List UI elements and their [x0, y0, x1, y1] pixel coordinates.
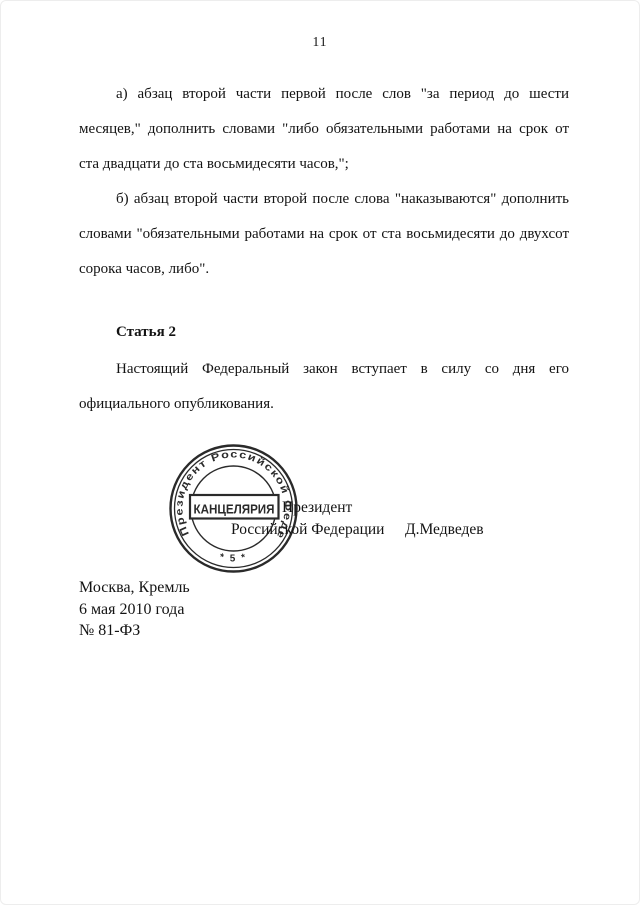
article-2-heading: Статья 2 [79, 315, 569, 350]
paragraph-b-line: словами "обязательными работами на срок … [79, 217, 569, 252]
signatory-name: Д.Медведев [405, 521, 484, 539]
paragraph-article-2-line: Настоящий Федеральный закон вступает в с… [79, 352, 569, 387]
paragraph-a-line: месяцев," дополнить словами "либо обязат… [79, 112, 569, 147]
paragraph-a-line: а) абзац второй части первой после слов … [79, 77, 569, 112]
chancellery-stamp-icon: Президент Российской Федерации * 5 * КАН… [163, 438, 304, 579]
paragraph-a: а) абзац второй части первой после слов … [79, 77, 569, 182]
paragraph-b-line: сорока часов, либо". [79, 252, 569, 287]
footer-law-number: № 81-ФЗ [79, 620, 190, 642]
footer-block: Москва, Кремль 6 мая 2010 года № 81-ФЗ [79, 577, 190, 642]
paragraph-b-line: б) абзац второй части второй после слова… [79, 182, 569, 217]
paragraph-article-2-line: официального опубликования. [79, 387, 569, 422]
stamp-center-text: КАНЦЕЛЯРИЯ [194, 501, 275, 516]
footer-place: Москва, Кремль [79, 577, 190, 599]
document-page: 11 а) абзац второй части первой после сл… [0, 0, 640, 905]
paragraph-b: б) абзац второй части второй после слова… [79, 182, 569, 287]
page-number: 11 [1, 34, 639, 50]
stamp-bottom-text: * 5 * [218, 552, 248, 565]
paragraph-article-2: Настоящий Федеральный закон вступает в с… [79, 352, 569, 422]
paragraph-a-line: ста двадцати до ста восьмидесяти часов,"… [79, 147, 569, 182]
footer-date: 6 мая 2010 года [79, 599, 190, 621]
document-body: а) абзац второй части первой после слов … [79, 77, 569, 422]
